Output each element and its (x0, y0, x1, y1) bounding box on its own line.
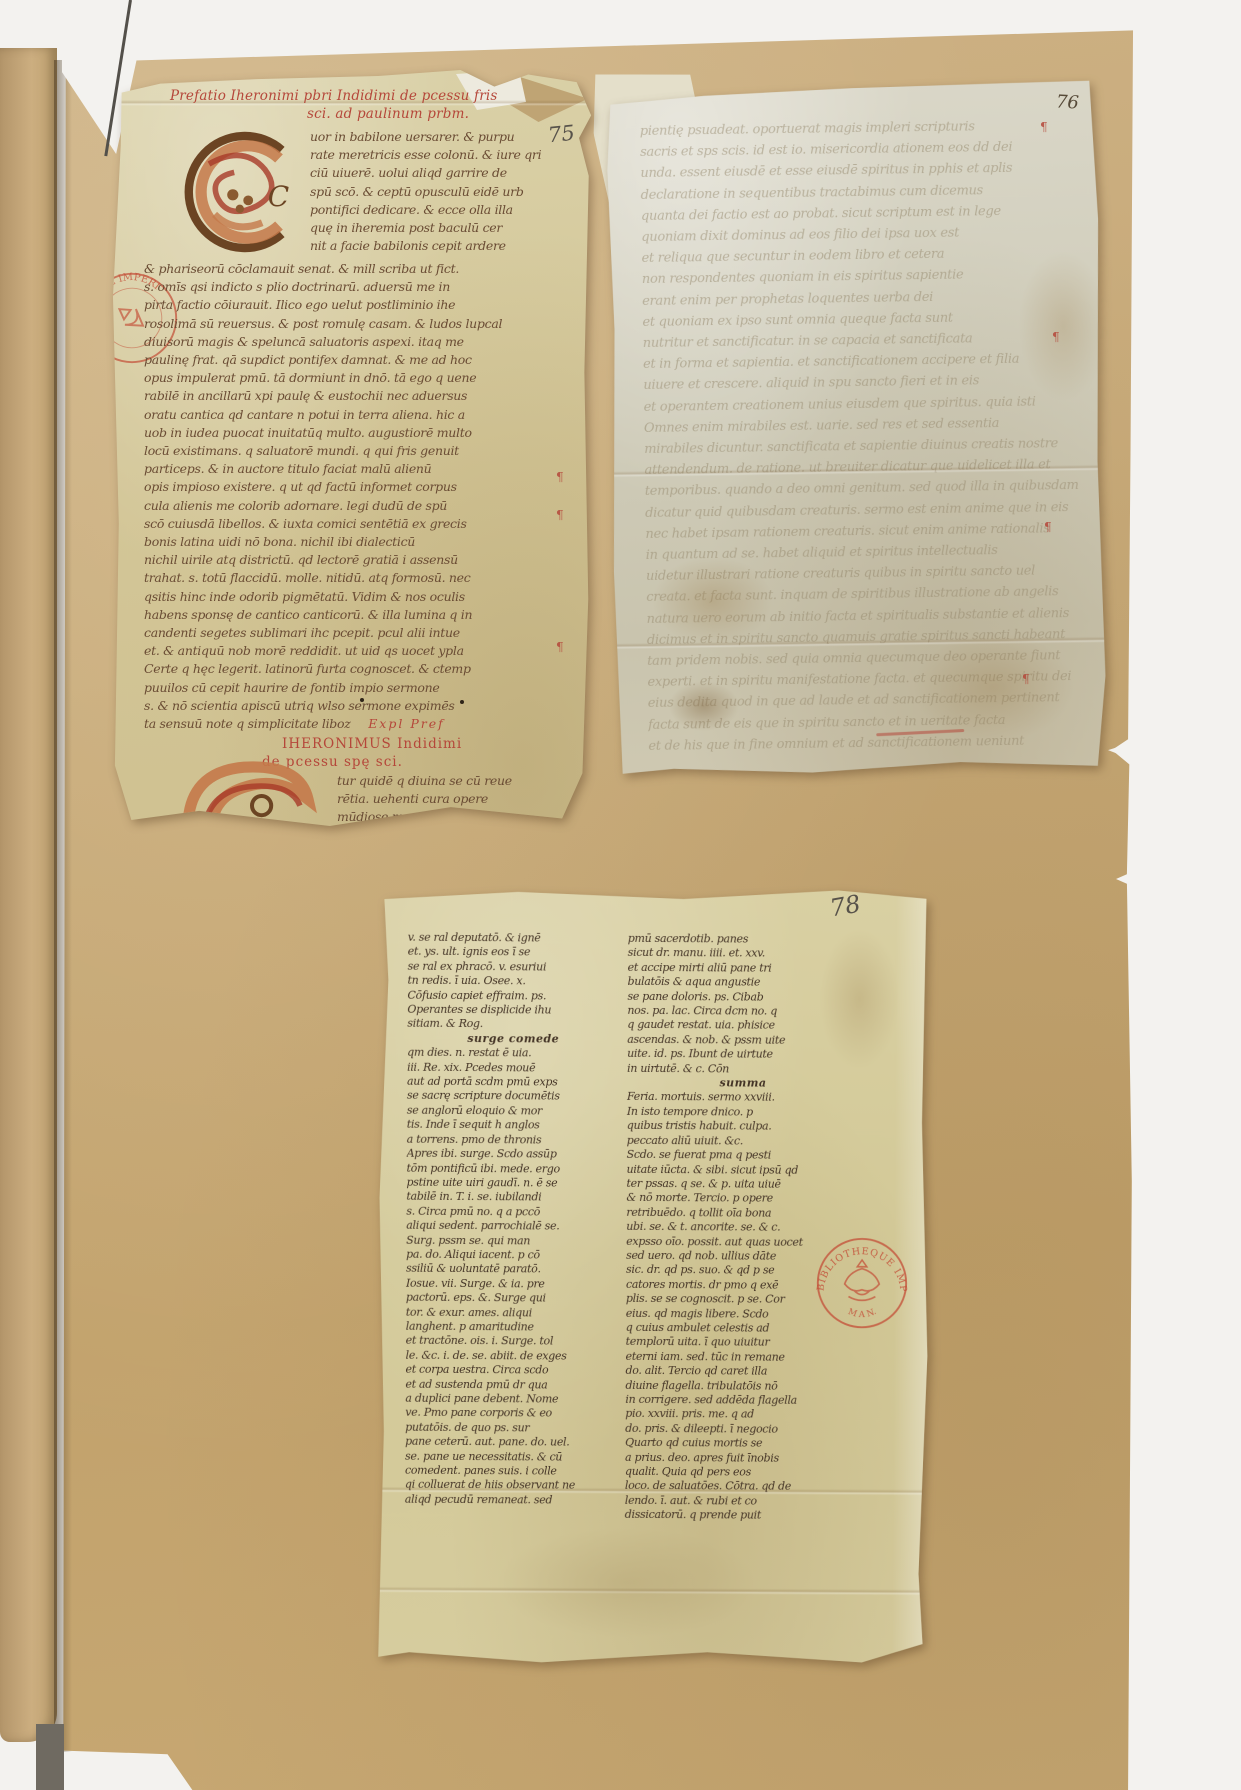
text-line: pactorū. eps. &. Surge qui (406, 1291, 618, 1307)
text-line: rosolimā sū reuersus. & post romulę casa… (144, 315, 574, 333)
text-line: Apres ibi. surge. Scdo assūp (407, 1147, 619, 1163)
text-line: cula alienis me colorib adornare. legi d… (144, 497, 574, 515)
book-cradle-bar (36, 1724, 64, 1790)
fragment-faded-leaf: pientię psuadeat. oportuerat magis imple… (605, 81, 1109, 780)
text-line: & phariseorū cōclamauit senat. & mill sc… (144, 260, 574, 278)
text-line: uite. id. ps. Ibunt de uirtute (627, 1047, 859, 1063)
text-line: eterni iam. sed. tūc in remane (626, 1350, 858, 1366)
text-line: pirta factio cōiurauit. Ilico ego uelut … (144, 296, 574, 314)
text-line: tis. Inde ī sequit h anglos (407, 1118, 619, 1134)
column-heading: summa (627, 1076, 859, 1092)
text-line: lendo. ī. aut. & rubi et co (625, 1494, 857, 1510)
ink-speck (360, 698, 364, 702)
manuscript-scan: Prefatio Iheronimi pbri Indidimi de pces… (0, 0, 1241, 1790)
paragraph-mark-icon: ¶ (1044, 520, 1052, 534)
text-line: retribuēdo. q tollit oīa bona (626, 1206, 858, 1222)
text-line: rētia. uehenti cura opere (337, 790, 577, 808)
text-line: quibus tristis habuit. culpa. (627, 1119, 859, 1135)
column-heading: surge comede (407, 1032, 619, 1048)
text-line: et. & antiquū nob morē reddidit. ut uid … (144, 642, 574, 660)
stain (496, 1527, 757, 1638)
text-line: uob in iudea puocat inuitatūq multo. aug… (144, 424, 574, 442)
text-line: se sacrę scripture documētis (407, 1089, 619, 1105)
text-line: ubi. se. & t. ancorite. se. & c. (626, 1220, 858, 1236)
text-line: pane ceterū. aut. pane. do. uel. (405, 1435, 617, 1451)
initial-letter: C (268, 180, 289, 213)
text-line: s. omīs qsi indicto s plio doctrinarū. a… (144, 278, 574, 296)
text-line-with-explicit: ta sensuū note q simplicitate liboz Expl… (144, 715, 574, 733)
text-line: do. pris. & dileepti. ī negocio (625, 1422, 857, 1438)
text-line: s. Circa pmū no. q a pccō (406, 1204, 618, 1220)
folio-number-78: 78 (828, 890, 863, 923)
text-line: habens sponsę de cantico canticorū. & il… (144, 606, 574, 624)
text-line: ssiliū & uoluntatē paratō. (406, 1262, 618, 1278)
svg-text:BIBLIOTHEQUE IMPERIALE: BIBLIOTHEQUE IMPERIALE (814, 1235, 909, 1293)
text-line: bonis latina uidi nō bona. nichil ibi di… (144, 533, 574, 551)
text-line: ciū uiuerē. uolui aliqd garrire de (310, 164, 572, 182)
text-line: Operantes se displicide ihu (407, 1003, 619, 1019)
text-line: pa. do. Aliqui iacent. p cō (406, 1248, 618, 1264)
text-line: uitate iūcta. & sibi. sicut ipsū qd (627, 1162, 859, 1178)
text-block-closing: tur quidē q diuina se cū reuerētia. uehe… (337, 772, 577, 826)
text-line: sicut dr. manu. iiii. et. xxv. (628, 946, 860, 962)
text-line: spū scō. & ceptū opusculū eidē urb (310, 183, 572, 201)
text-line: pmū sacerdotib. panes (628, 932, 860, 948)
fragment-hieronymus-preface: Prefatio Iheronimi pbri Indidimi de pces… (112, 70, 596, 826)
text-line: rate meretricis esse colonū. & iure qri (310, 146, 572, 164)
folio-number-76: 76 (1055, 91, 1079, 113)
text-line: candenti segetes sublimari ihc pcepit. p… (144, 624, 574, 642)
text-line: Certe q hęc legerit. latinorū furta cogn… (144, 660, 574, 678)
text-line: scō cuiusdā libellos. & iuxta comici sen… (144, 515, 574, 533)
text-line: dissicatorū. q prende puit (625, 1508, 857, 1524)
paragraph-mark-icon: ¶ (556, 508, 564, 522)
text-line: trahat. s. totū flaccidū. molle. nitidū.… (144, 569, 574, 587)
text-line: In isto tempore dnico. p (627, 1105, 859, 1121)
text-block-main: & phariseorū cōclamauit senat. & mill sc… (144, 260, 574, 715)
text-line: langhent. p amaritudine (406, 1320, 618, 1336)
text-line: templorū uita. ī quo uiuitur (626, 1335, 858, 1351)
paragraph-mark-icon: ¶ (1040, 120, 1048, 134)
fragment-two-column-leaf: v. se ral deputatō. & ignēet. ys. ult. i… (376, 887, 932, 1668)
text-line: pstine uite uiri gaudī. n. ē se (406, 1176, 618, 1192)
column-segment: qm dies. n. restat ē uia.iii. Re. xix. P… (405, 1046, 619, 1508)
text-line: tur quidē q diuina se cū reue (337, 772, 577, 790)
text-line: et ad sustenda pmū dr qua (405, 1377, 617, 1393)
text-line: puuilos cū cepit haurire de fontib impio… (144, 679, 574, 697)
text-line: tōm pontificū ibi. mede. ergo (407, 1161, 619, 1177)
text-line: locū existimans. q saluatorē mundi. q qu… (144, 442, 574, 460)
text-block-beside-initial: uor in babilone uersarer. & purpurate me… (310, 128, 572, 255)
text-line: putatōis. de quo ps. sur (405, 1421, 617, 1437)
text-line: aut ad portā scdm pmū exps (407, 1075, 619, 1091)
ink-speck (460, 700, 464, 704)
text-line: Quarto qd cuius mortis se (625, 1436, 857, 1452)
decorated-initial-icon: C (167, 122, 307, 262)
text-line: oratu cantica qd cantare n potui in terr… (144, 406, 574, 424)
column-segment: v. se ral deputatō. & ignēet. ys. ult. i… (407, 931, 620, 1033)
library-stamp: BIBLIOTHEQUE IMPERIALE M A N. (814, 1235, 911, 1332)
text-line: sitiam. & Rog. (407, 1017, 619, 1033)
stain (819, 929, 900, 1069)
text-column-left: v. se ral deputatō. & ignēet. ys. ult. i… (405, 931, 620, 1508)
text-line: ta sensuū note q simplicitate liboz (144, 716, 351, 731)
text-line: pio. xxviii. pris. me. q ad (625, 1407, 857, 1423)
text-line: uor in babilone uersarer. & purpu (310, 128, 572, 146)
paragraph-mark-icon: ¶ (556, 640, 564, 654)
explicit-rubric: Expl Pref (368, 716, 445, 731)
folio-number-75: 75 (547, 121, 576, 148)
text-line: v. se ral deputatō. & ignē (408, 931, 620, 947)
text-line: & nō morte. Tercio. p opere (626, 1191, 858, 1207)
text-line: opis impioso existere. q ut qd factū inf… (144, 478, 574, 496)
rubric-title-line1: Prefatio Iheronimi pbri Indidimi de pces… (170, 88, 498, 104)
text-line: rabilē in ancillarū xpi paulę & eustochi… (144, 387, 574, 405)
text-line: comedent. panes suis. i colle (405, 1464, 617, 1480)
text-line: Surg. pssm se. qui man (406, 1233, 618, 1249)
text-line: qualit. Quia qd pers eos (625, 1465, 857, 1481)
text-line: qm dies. n. restat ē uia. (407, 1046, 619, 1062)
svg-text:M A N.: M A N. (846, 1307, 878, 1320)
decorated-initial-bottom-icon (172, 748, 332, 826)
text-line: tn redis. ī uia. Osee. x. (408, 974, 620, 990)
text-line: nit a facie babilonis cepit ardere (310, 237, 572, 255)
text-line: se ral ex phracō. v. esuriui (408, 960, 620, 976)
text-line: nichil uirile atq districtū. qd lectorē … (144, 551, 574, 569)
text-line: et corpa uestra. Circa scdo (405, 1363, 617, 1379)
text-line: opus impulerat pmū. tā dormiunt in dnō. … (144, 369, 574, 387)
text-line: se anglorū eloquio & mor (407, 1104, 619, 1120)
text-line: quę in iheremia post baculū cer (310, 219, 572, 237)
text-line: paulinę frat. qā supdict pontifex damnat… (144, 351, 574, 369)
text-line: et tractōne. ois. i. Surge. tol (406, 1334, 618, 1350)
stain (1018, 250, 1109, 401)
rubric-title-line2: sci. ad paulinum prbm. (307, 106, 469, 122)
parchment-b: pientię psuadeat. oportuerat magis imple… (605, 81, 1109, 780)
text-line: in corrigere. sed addēda flagella (625, 1393, 857, 1409)
text-line: a prius. deo. apres fuit īnobis (625, 1450, 857, 1466)
text-line: a torrens. pmo de thronis (407, 1132, 619, 1148)
text-line: Feria. mortuis. sermo xxviii. (627, 1090, 859, 1106)
parchment-c: v. se ral deputatō. & ignēet. ys. ult. i… (376, 887, 932, 1668)
text-line: ter pssas. q se. & p. uita uiuē (626, 1177, 858, 1193)
text-line: qsitis hinc inde odorib pigmētatū. Vidim… (144, 588, 574, 606)
book-leaf-left (0, 48, 57, 1742)
text-line: peccato aliū uiuit. &c. (627, 1134, 859, 1150)
text-line: le. &c. i. de. se. abiit. de exges (406, 1348, 618, 1364)
paragraph-mark-icon: ¶ (556, 470, 564, 484)
text-line: se. pane ue necessitatis. & cū (405, 1449, 617, 1465)
paragraph-mark-icon: ¶ (1022, 672, 1030, 686)
text-line: mūdiose maxime acute hic (337, 808, 577, 826)
text-line: pontifici dedicare. & ecce olla illa (310, 201, 572, 219)
text-line: diuine flagella. tribulatōis nō (625, 1378, 857, 1394)
text-line: Cōfusio capiet effraim. ps. (407, 988, 619, 1004)
stamp-text-top: BIBLIOTHEQUE IMPERIALE (814, 1235, 909, 1293)
text-line: s. & nō scientia apiscū utriq wlso sermo… (144, 697, 574, 715)
text-line: iii. Re. xix. Pcedes mouē (407, 1060, 619, 1076)
text-line: in uirtutē. & c. Cōn (627, 1062, 859, 1078)
paragraph-mark-icon: ¶ (1052, 330, 1060, 344)
text-line: do. alit. Tercio qd caret illa (625, 1364, 857, 1380)
text-line: tabilē in. T. i. se. iubilandi (406, 1190, 618, 1206)
text-line: aliqui sedent. parrochialē se. (406, 1219, 618, 1235)
parchment-a: Prefatio Iheronimi pbri Indidimi de pces… (112, 70, 596, 826)
text-line: particeps. & in auctore titulo faciat ma… (144, 460, 574, 478)
text-line: et. ys. ult. ignis eos ī se (408, 945, 620, 961)
text-line: diuisorū magis & speluncā saluatoris asp… (144, 333, 574, 351)
text-line: ve. Pmo pane corporis & eo (405, 1406, 617, 1422)
text-line: aliqd pecudū remaneat. sed (405, 1493, 617, 1509)
text-line: a duplici pane debent. Nome (405, 1392, 617, 1408)
stamp-text-bottom: M A N. (846, 1307, 878, 1320)
text-line: tor. & exur. ames. aliqui (406, 1305, 618, 1321)
text-line: Iosue. vii. Surge. & ia. pre (406, 1276, 618, 1292)
gutter-shadow (54, 60, 72, 1752)
text-line: Scdo. se fuerat pma q pesti (627, 1148, 859, 1164)
